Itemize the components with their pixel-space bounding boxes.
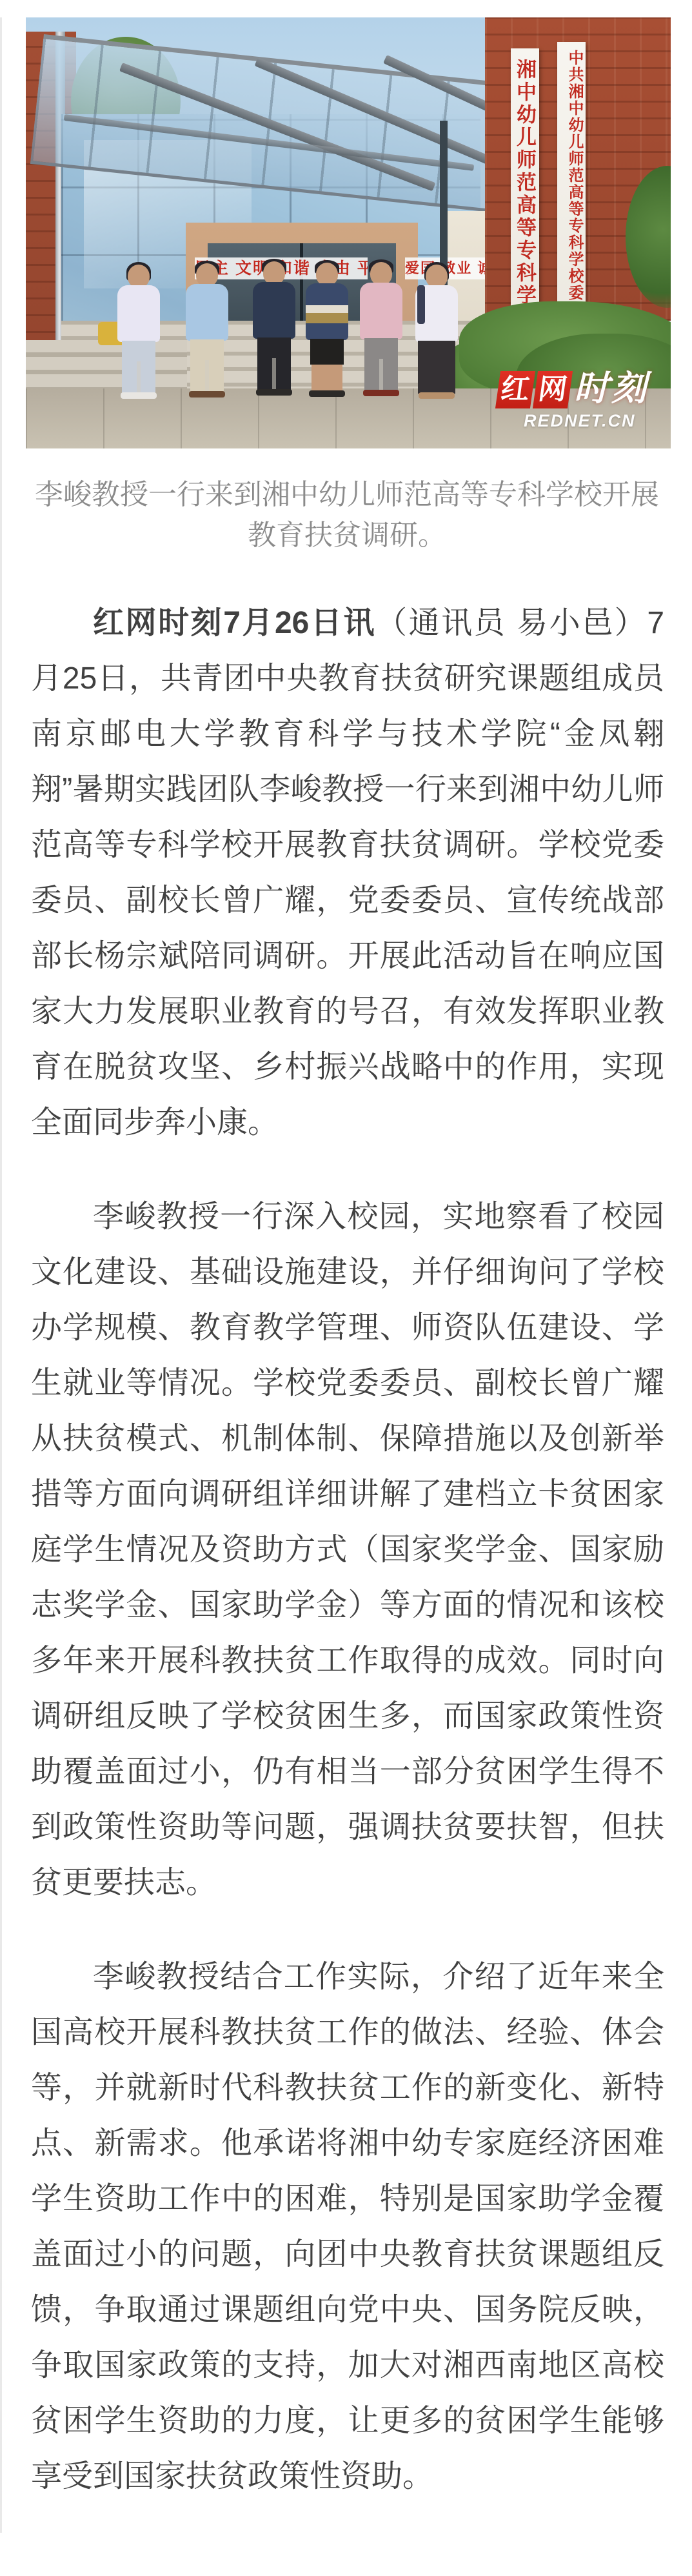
rednet-watermark-block: 网 <box>533 371 573 408</box>
person-woman-white-polo-backpack <box>414 265 459 400</box>
paragraph-2: 李峻教授一行深入校园，实地察看了校园文化建设、基础设施建设，并仔细询问了学校办学… <box>31 1189 664 1911</box>
photo-caption: 李峻教授一行来到湘中幼儿师范高等专科学校开展教育扶贫调研。 <box>28 474 666 556</box>
paragraph-3: 李峻教授结合工作实际，介绍了近年来全国高校开展科教扶贫工作的做法、经验、体会等，… <box>31 1949 664 2504</box>
head <box>370 262 392 285</box>
sandals <box>419 392 455 399</box>
legs <box>311 365 342 390</box>
person-woman-white-polo <box>116 265 161 400</box>
article-body: 红网时刻7月26日讯（通讯员 易小邑）7月25日，共青团中央教育扶贫研究课题组成… <box>31 596 664 2533</box>
shirt <box>360 283 402 339</box>
news-photo: 民主 文明 和谐 自由 平等 爱国 敬业 诚信 湘中幼儿师范高等专科学校 中共湘… <box>26 17 671 448</box>
shoes <box>121 392 157 399</box>
paragraph-1-text: 7月25日，共青团中央教育扶贫研究课题组成员南京邮电大学教育科学与技术学院“金凤… <box>31 606 664 1140</box>
article-page: 民主 文明 和谐 自由 平等 爱国 敬业 诚信 湘中幼儿师范高等专科学校 中共湘… <box>0 17 692 2533</box>
person-man-striped-polo-shorts <box>304 263 350 398</box>
head <box>426 265 448 288</box>
shirt <box>306 283 348 340</box>
shoes <box>363 390 399 396</box>
head <box>196 263 218 287</box>
head <box>316 263 338 286</box>
party-committee-sign-board: 中共湘中幼儿师范高等专科学校委员会 <box>557 42 586 343</box>
person-man-navy-polo <box>252 261 297 397</box>
sneakers <box>309 390 345 397</box>
sandals <box>189 391 225 397</box>
shirt <box>186 284 228 341</box>
dateline-lead: 红网时刻7月26日讯 <box>93 606 376 640</box>
rednet-watermark-script: 时刻 <box>574 368 671 408</box>
backpack-strap <box>417 285 425 324</box>
head <box>128 265 150 288</box>
rednet-watermark-block: 红 <box>495 371 535 408</box>
shirt <box>117 285 160 342</box>
school-sign-board: 湘中幼儿师范高等专科学校 <box>511 48 539 340</box>
byline: （通讯员 易小邑） <box>376 606 647 640</box>
shirt <box>253 282 295 339</box>
rednet-watermark-url: REDNET.CN <box>524 411 671 431</box>
person-man-pink-polo <box>359 262 404 397</box>
person-man-blue-polo <box>184 263 230 399</box>
paragraph-1: 红网时刻7月26日讯（通讯员 易小邑）7月25日，共青团中央教育扶贫研究课题组成… <box>31 596 664 1151</box>
shoes <box>256 389 292 396</box>
head <box>263 261 285 285</box>
pants <box>418 341 455 394</box>
shorts <box>310 339 344 365</box>
